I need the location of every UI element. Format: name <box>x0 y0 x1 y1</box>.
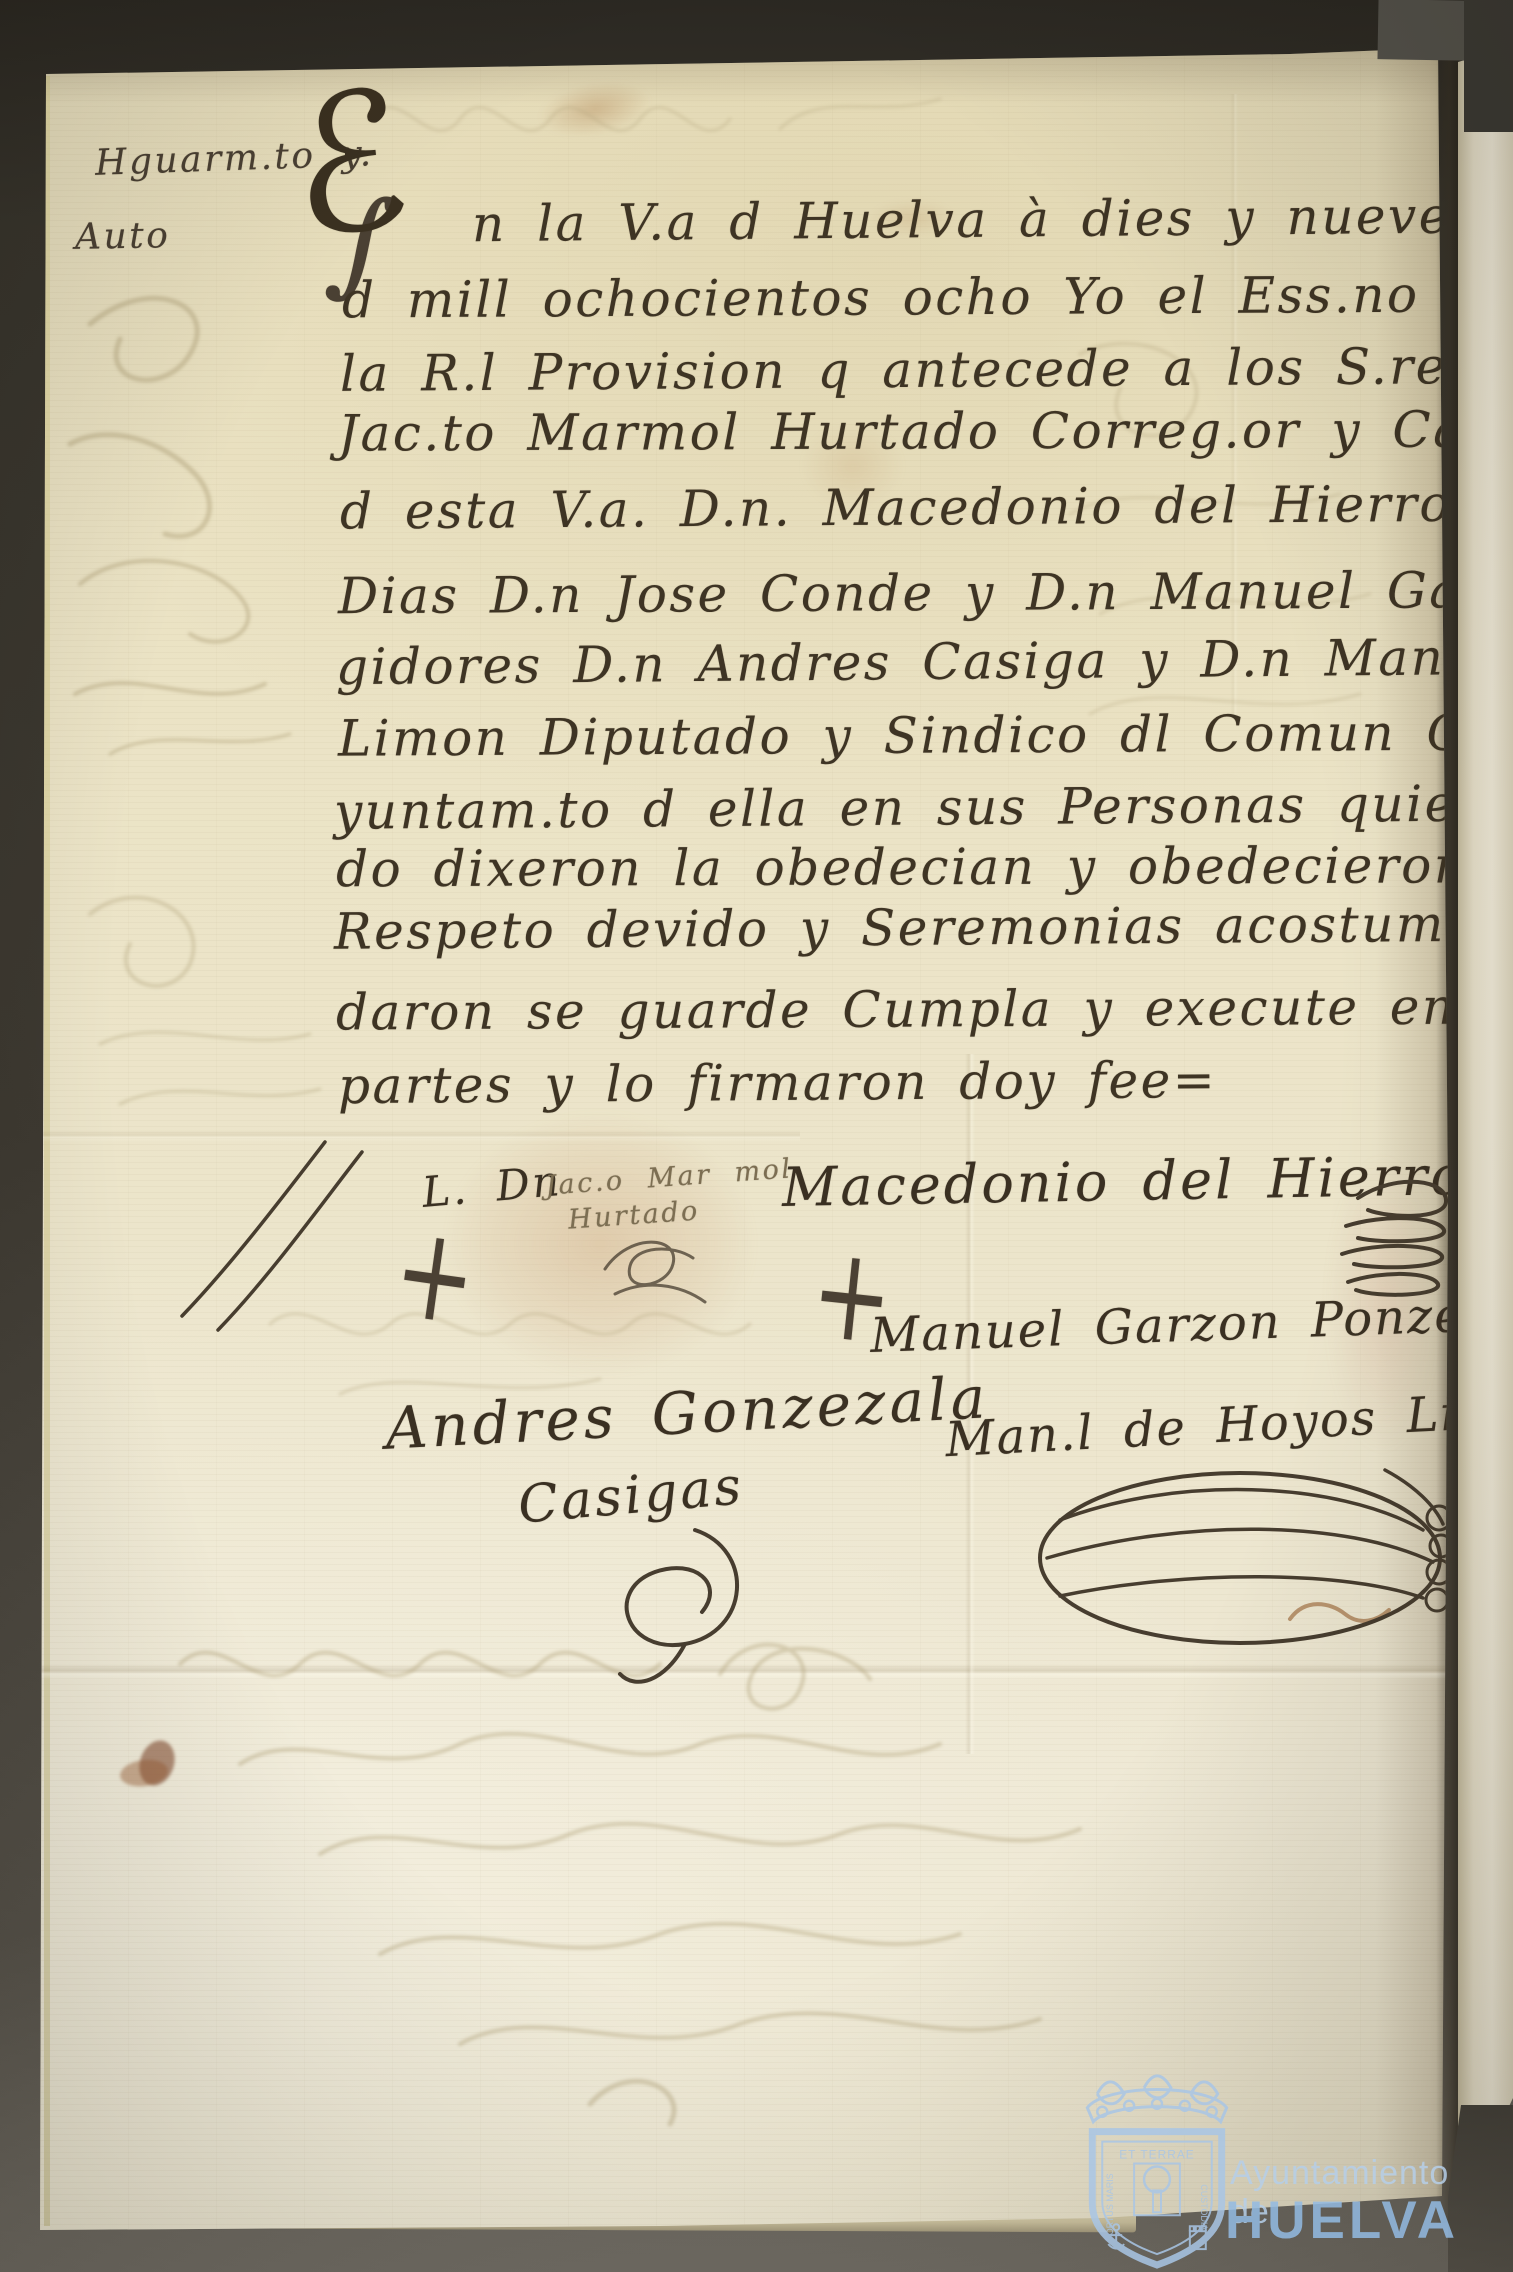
body-line: Jac.to Marmol Hurtado Correg.or y Capita… <box>338 403 1513 458</box>
body-line: n la V.a d Huelva à dies y nueve d Abri <box>472 189 1513 249</box>
body-line: Limon Diputado y Sindico dl Comun Cav.do… <box>338 706 1513 763</box>
double-slash-mark <box>170 1134 370 1334</box>
body-line: do dixeron la obedecian y obedecieron co… <box>336 840 1513 895</box>
hoyos-oval-rubric <box>1025 1458 1475 1668</box>
bleedthrough-marks <box>50 284 360 784</box>
decorated-initial: ℰ <box>282 64 419 265</box>
bottom-right-shadow <box>1448 2105 1513 2272</box>
margin-note-line2: Auto <box>75 215 171 258</box>
marmol-rubric <box>585 1224 725 1324</box>
body-line: d mill ochocientos ocho Yo el Ess.no Hgu… <box>342 269 1513 326</box>
archival-photo: Hguarm.to y. Auto ∫ ℰ n la V.a d Huelva … <box>0 0 1513 2272</box>
body-line: d esta V.a. D.n. Macedonio del Hierro D.… <box>340 477 1513 536</box>
body-line: Respeto devido y Seremonias acostumbrada… <box>334 897 1513 957</box>
body-line: yuntam.to d ella en sus Personas quienes… <box>334 777 1513 836</box>
body-line: la R.l Provision q antecede a los S.res … <box>340 339 1513 399</box>
corner-shadow <box>1464 0 1513 132</box>
bleedthrough-marks <box>360 59 980 179</box>
body-line: Dias D.n Jose Conde y D.n Manuel Garzon <box>338 565 1513 622</box>
next-page-edge <box>1458 46 1513 2196</box>
body-line: gidores D.n Andres Casiga y D.n Man.l d … <box>336 630 1513 692</box>
manuscript-page: Hguarm.to y. Auto ∫ ℰ n la V.a d Huelva … <box>40 34 1453 2232</box>
bleedthrough-marks <box>70 854 350 1134</box>
body-line: daron se guarde Cumpla y execute en toda… <box>336 980 1513 1037</box>
casigas-rubric <box>600 1520 780 1710</box>
body-line: partes y lo firmaron doy fee= <box>338 1055 1217 1111</box>
